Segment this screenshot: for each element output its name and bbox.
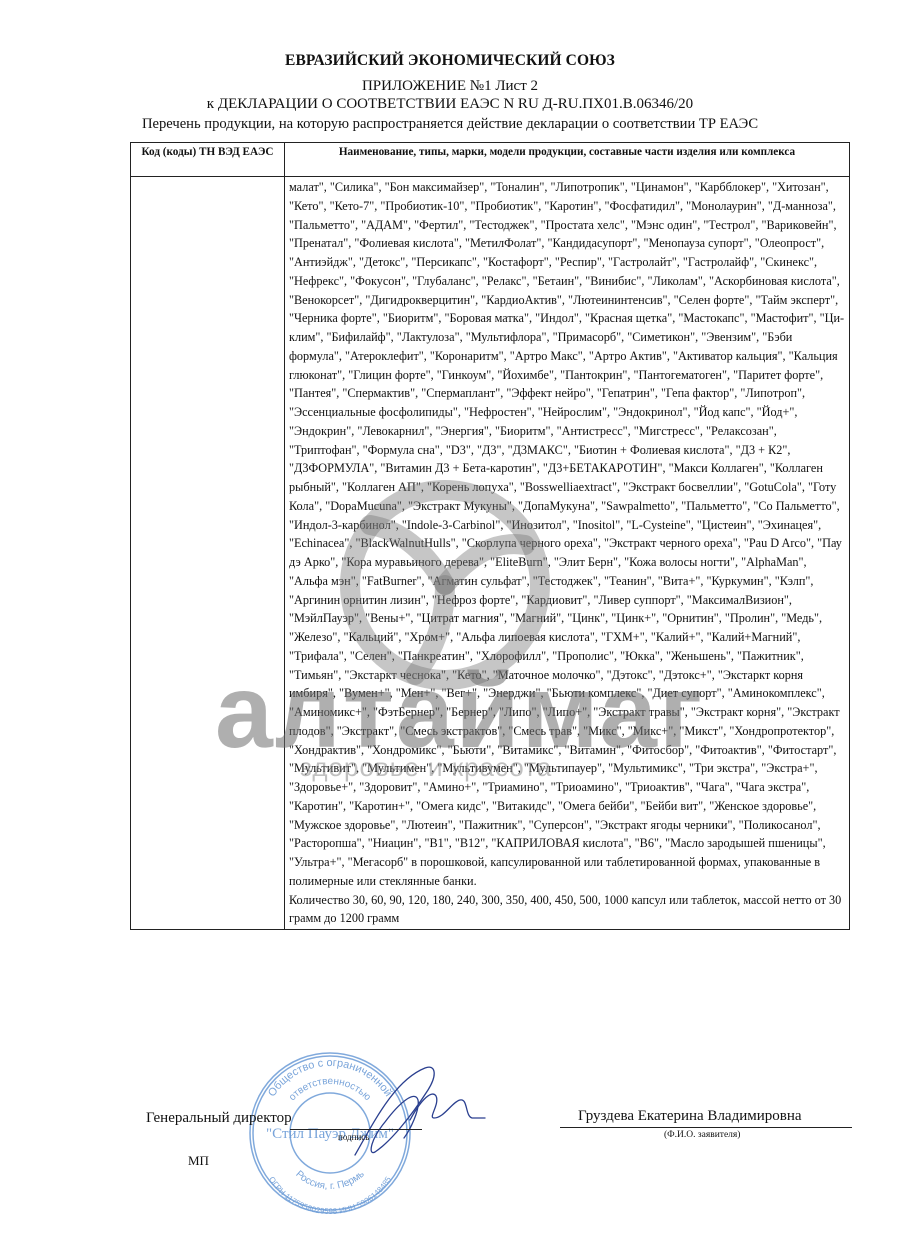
- quantity-text: Количество 30, 60, 90, 120, 180, 240, 30…: [289, 891, 845, 929]
- stamp-inner-bottom: Россия, г. Пермь: [293, 1169, 366, 1192]
- signatory-role: Генеральный директор: [146, 1110, 292, 1127]
- declaration-title: к ДЕКЛАРАЦИИ О СООТВЕТСТВИИ ЕАЭС N RU Д-…: [0, 96, 900, 113]
- appendix-title: ПРИЛОЖЕНИЕ №1 Лист 2: [0, 78, 900, 95]
- products-list-text: малат", "Силика", "Бон максимайзер", "То…: [289, 178, 845, 891]
- codes-cell: [131, 177, 285, 930]
- svg-text:Россия, г. Пермь: Россия, г. Пермь: [293, 1169, 366, 1192]
- signatory-name: Груздева Екатерина Владимировна: [578, 1108, 802, 1125]
- table-row: малат", "Силика", "Бон максимайзер", "То…: [131, 177, 850, 930]
- name-line: [560, 1127, 852, 1128]
- signature-icon: [340, 1060, 490, 1160]
- table-header-row: Код (коды) ТН ВЭД ЕАЭС Наименование, тип…: [131, 143, 850, 177]
- column-header-codes: Код (коды) ТН ВЭД ЕАЭС: [131, 143, 285, 177]
- seal-label: МП: [188, 1153, 209, 1169]
- product-list-subtitle: Перечень продукции, на которую распростр…: [0, 116, 900, 133]
- products-cell: малат", "Силика", "Бон максимайзер", "То…: [285, 177, 850, 930]
- name-label: (Ф.И.О. заявителя): [664, 1130, 740, 1140]
- stamp-outer-bottom: ОГРН 1175958029598 ИНН 5906148485: [267, 1175, 393, 1216]
- union-title: ЕВРАЗИЙСКИЙ ЭКОНОМИЧЕСКИЙ СОЮЗ: [0, 52, 900, 70]
- column-header-products: Наименование, типы, марки, модели продук…: [285, 143, 850, 177]
- signature-line: [290, 1129, 422, 1130]
- svg-text:ОГРН 1175958029598 ИНН 5906148: ОГРН 1175958029598 ИНН 5906148485: [267, 1175, 393, 1216]
- product-table: Код (коды) ТН ВЭД ЕАЭС Наименование, тип…: [130, 142, 850, 930]
- signature-label: подпись: [338, 1132, 369, 1142]
